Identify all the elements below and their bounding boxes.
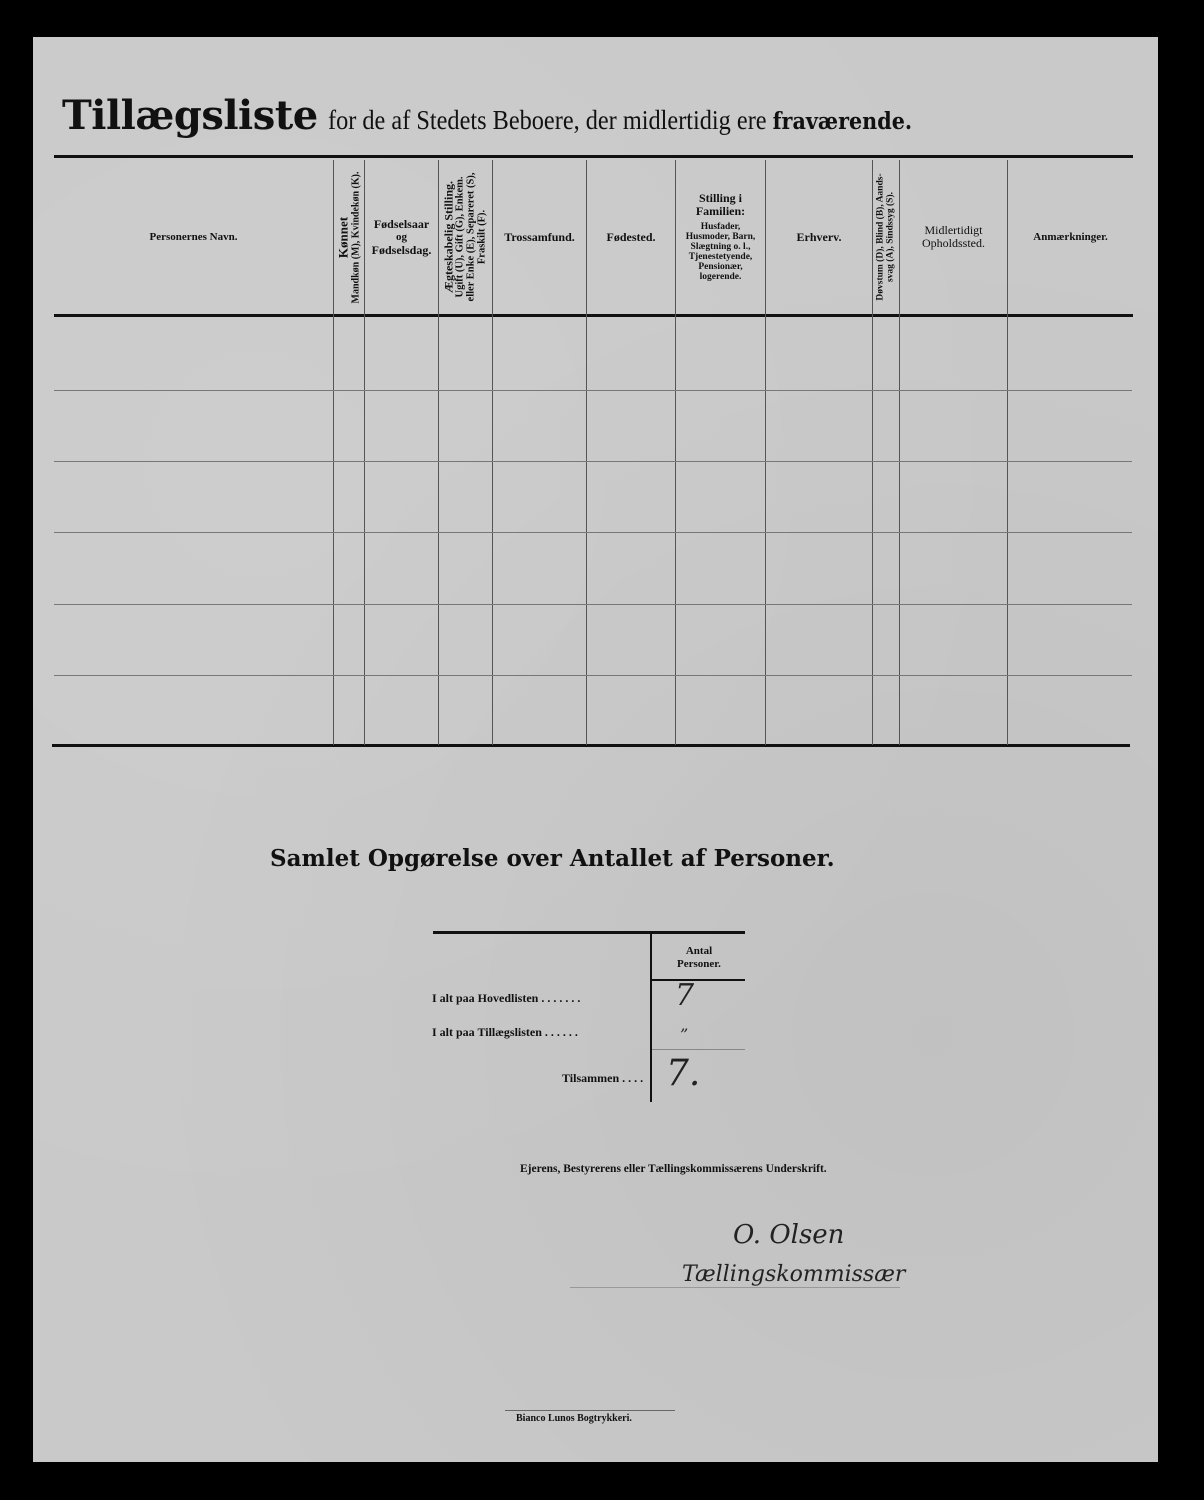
summary-header-line1: Antal [686, 945, 712, 958]
summary-top-rule [433, 931, 745, 934]
header-opholdssted: Midlertidigt Opholdssted. [900, 160, 1007, 314]
summary-label-tillaegslisten: I alt paa Tillægslisten . . . . . . [432, 1025, 578, 1040]
form-title-main: Tillægsliste [62, 92, 318, 139]
header-fodested-label: Fødested. [607, 231, 656, 244]
summary-value-tilsammen: 7. [666, 1053, 700, 1094]
header-erhverv: Erhverv. [766, 160, 872, 314]
table-top-rule [54, 155, 1133, 158]
printer-credit: Bianco Lunos Bogtrykkeri. [516, 1413, 632, 1424]
header-anmaerkninger: Anmærkninger. [1008, 160, 1133, 314]
header-fodsel-line2: og [396, 231, 407, 244]
header-kjon-main: Kønnet [337, 171, 351, 303]
table-header-bottom-rule [54, 314, 1133, 317]
header-opholdssted-line2: Opholdssted. [922, 237, 985, 250]
table-bottom-rule [52, 744, 1130, 747]
header-stilling-line2: Familien: [696, 205, 745, 218]
summary-title: Samlet Opgørelse over Antallet af Person… [270, 845, 835, 872]
table-row-divider [54, 461, 1132, 462]
header-stilling-detail: Husfader, Husmoder, Barn, Slægtning o. l… [679, 222, 763, 282]
signature-line [570, 1287, 900, 1288]
header-aegteskab-line2: Ugift (U), Gift (G), Enkem. [455, 173, 466, 302]
header-aegteskab-line3: eller Enke (E), Separeret (S), [466, 173, 477, 302]
header-anmaerkninger-label: Anmærkninger. [1033, 231, 1107, 244]
header-defekt: Døvstum (D), Blind (B), Aands- svag (A),… [873, 160, 899, 314]
table-row-divider [54, 675, 1132, 676]
header-erhverv-label: Erhverv. [797, 231, 842, 244]
header-fodsel-line3: Fødselsdag. [372, 244, 432, 257]
header-stilling: Stilling i Familien: Husfader, Husmoder,… [676, 160, 765, 314]
summary-column-header: Antal Personer. [653, 938, 745, 978]
header-defekt-line1: Døvstum (D), Blind (B), Aands- [876, 173, 886, 300]
form-subtitle-bold: fraværende. [772, 108, 911, 135]
signature-label: Ejerens, Bestyrerens eller Tællingskommi… [520, 1163, 827, 1175]
header-aegteskab-line4: Fraskilt (F). [477, 173, 488, 302]
header-navn-label: Personernes Navn. [150, 231, 238, 244]
printer-rule [505, 1410, 675, 1411]
summary-header-rule [652, 979, 745, 981]
header-fodsel: Fødselsaar og Fødselsdag. [365, 160, 438, 314]
header-trossamfund: Trossamfund. [493, 160, 586, 314]
signature-role: Tællingskommissær [682, 1262, 905, 1287]
summary-value-tillaegslisten: ” [680, 1025, 688, 1044]
header-defekt-line2: svag (A), Sindssyg (S). [886, 173, 896, 300]
table-row-divider [54, 390, 1132, 391]
summary-label-tilsammen: Tilsammen . . . . [562, 1071, 643, 1086]
summary-divider [650, 934, 652, 1102]
signature-name: O. Olsen [733, 1220, 844, 1250]
table-row-divider [54, 532, 1132, 533]
header-navn: Personernes Navn. [54, 160, 333, 314]
summary-label-hovedlisten: I alt paa Hovedlisten . . . . . . . [432, 991, 580, 1006]
summary-total-rule [652, 1049, 745, 1050]
summary-header-line2: Personer. [677, 958, 721, 971]
summary-value-hovedlisten: 7 [675, 978, 694, 1013]
header-fodested: Fødested. [587, 160, 675, 314]
form-subtitle-text: for de af Stedets Beboere, der midlertid… [328, 105, 767, 135]
form-title: Tillægsliste for de af Stedets Beboere, … [62, 92, 977, 139]
header-kjon-sub: Mandkøn (M), Kvindekøn (K). [351, 171, 362, 303]
header-kjon: Kønnet Mandkøn (M), Kvindekøn (K). [334, 160, 364, 314]
header-trossamfund-label: Trossamfund. [504, 231, 575, 244]
header-aegteskab-line1: Ægteskabelig Stilling. [444, 173, 455, 302]
table-row-divider [54, 604, 1132, 605]
header-aegteskab: Ægteskabelig Stilling. Ugift (U), Gift (… [439, 160, 492, 314]
header-fodsel-line1: Fødselsaar [374, 218, 429, 231]
form-subtitle: for de af Stedets Beboere, der midlertid… [328, 105, 912, 136]
